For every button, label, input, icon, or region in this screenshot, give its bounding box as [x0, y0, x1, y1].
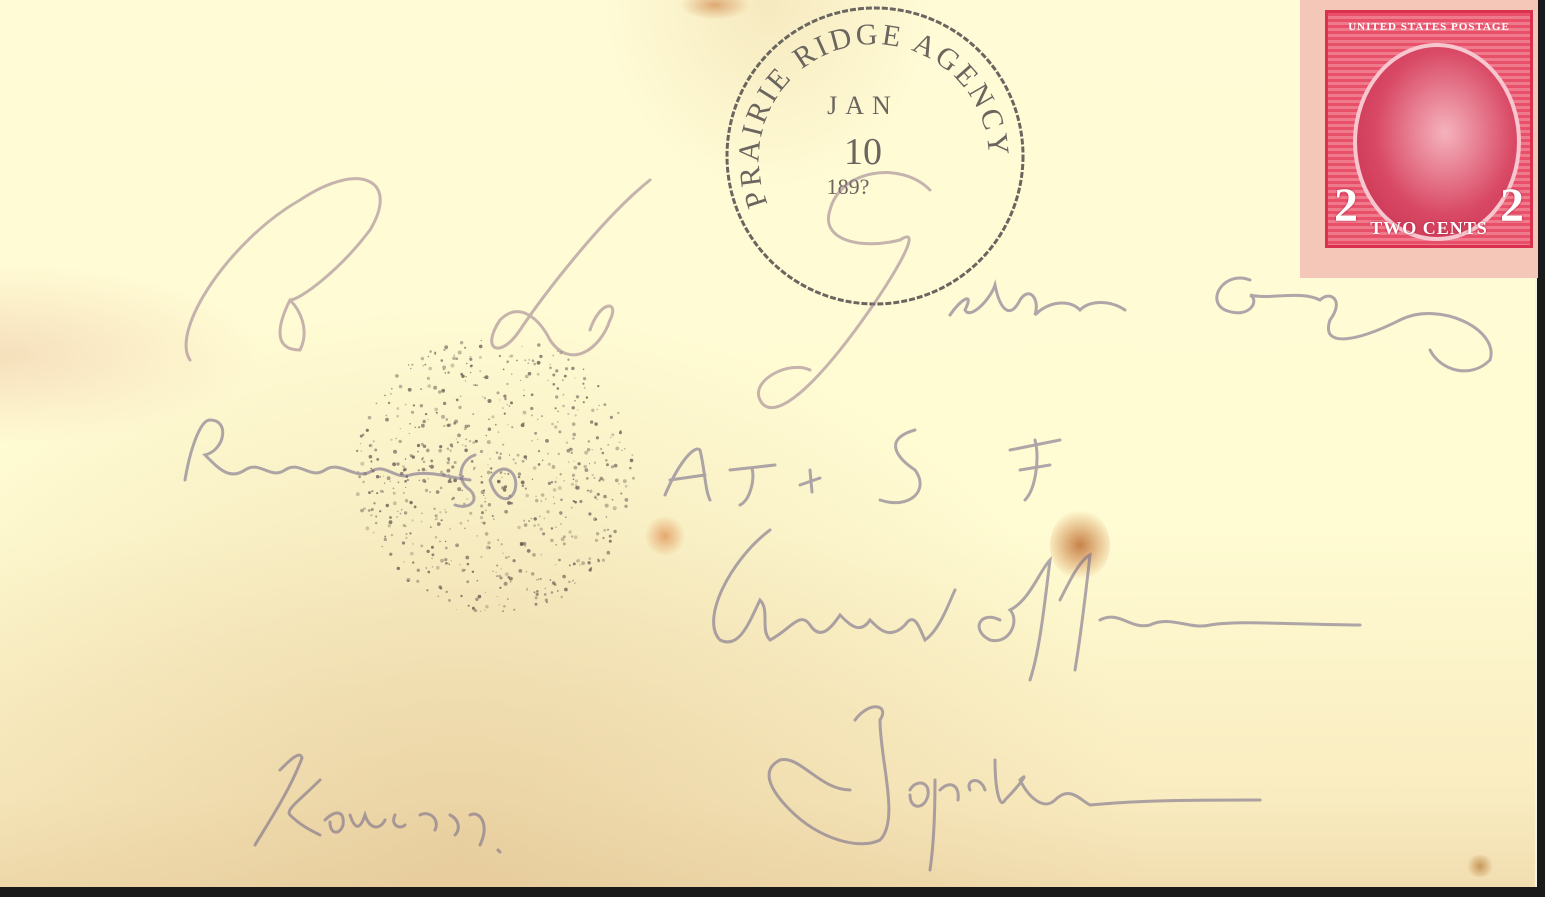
stamp-country: UNITED STATES POSTAGE [1328, 21, 1530, 33]
stain-right [1050, 510, 1110, 580]
stain-left [645, 515, 685, 557]
stamp-frame: UNITED STATES POSTAGE 2 2 TWO CENTS [1325, 10, 1533, 248]
stamp-portrait [1353, 43, 1521, 241]
postmark: PRAIRIE RIDGE AGENCY JAN 10 189? [723, 4, 1028, 309]
address-line-state: Kansas. [250, 760, 486, 830]
postmark-year: 189? [827, 174, 870, 199]
postage-stamp: UNITED STATES POSTAGE 2 2 TWO CENTS [1300, 0, 1538, 278]
postmark-month: JAN [827, 91, 899, 120]
address-line-office: General Office [690, 570, 1130, 640]
stamp-denomination: TWO CENTS [1338, 218, 1520, 239]
postmark-day: 10 [844, 131, 882, 173]
address-line-name: R. L. Zeller Esq. [180, 250, 754, 332]
stain-bottom-right [1465, 855, 1495, 877]
cancellation-mark [350, 330, 640, 620]
envelope: PRAIRIE RIDGE AGENCY JAN 10 189? UNITED … [0, 0, 1537, 887]
address-line-city: Topeka [740, 740, 994, 822]
